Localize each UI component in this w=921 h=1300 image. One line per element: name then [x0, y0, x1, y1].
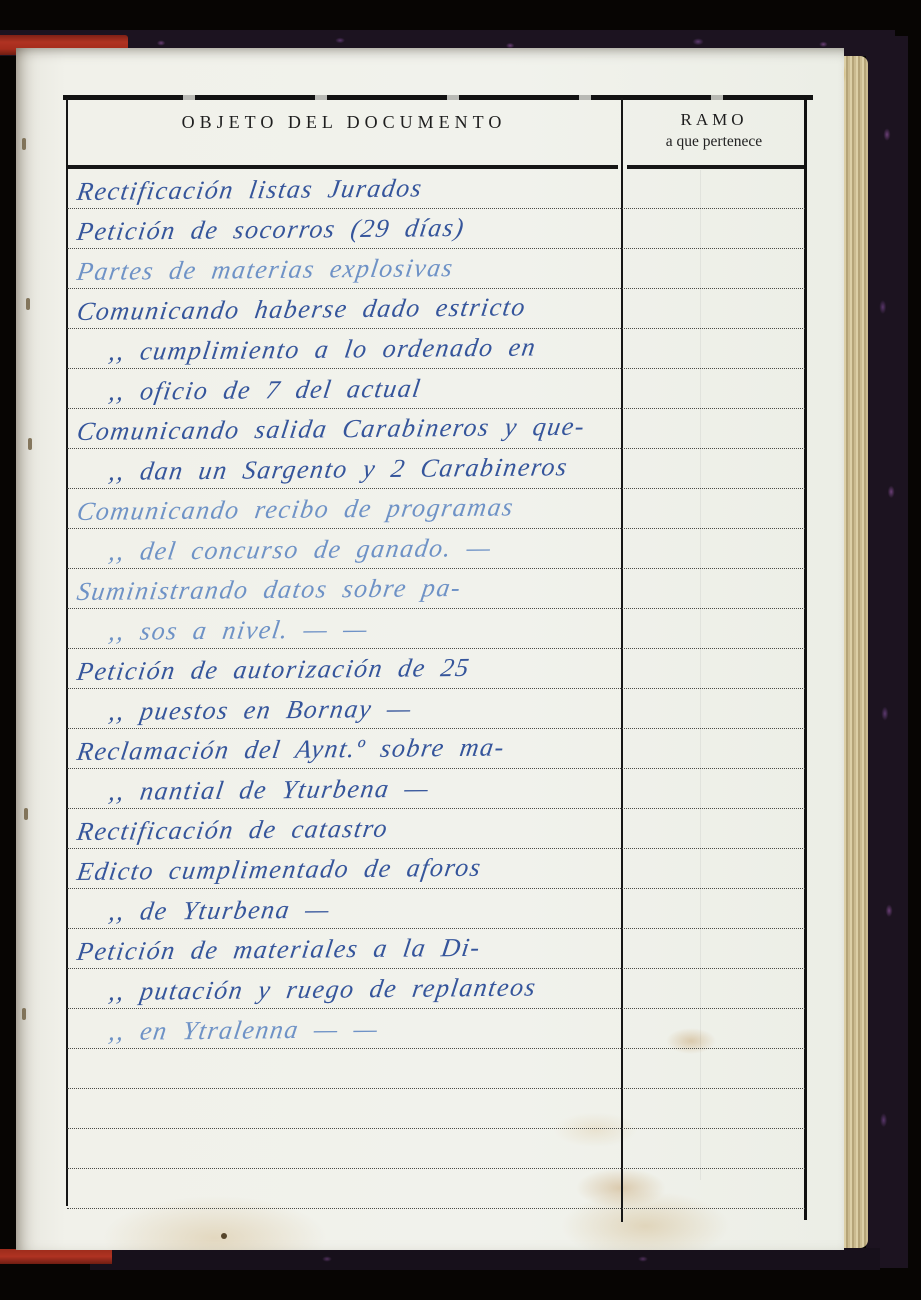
entry-text: Petición de autorización de 25 [75, 653, 472, 687]
entry-text: ,, puestos en Bornay — [107, 694, 414, 727]
ledger-row: ,, de Yturbena — [67, 889, 805, 929]
ledger-row [67, 1129, 805, 1169]
ledger-row: Comunicando salida Carabineros y que- [67, 409, 805, 449]
column-header-objeto: OBJETO DEL DOCUMENTO [67, 112, 621, 133]
ledger-row: Petición de materiales a la Di- [67, 929, 805, 969]
spine-red-band-bottom [0, 1249, 112, 1264]
ledger-row: ,, cumplimiento a lo ordenado en [67, 329, 805, 369]
ledger-row: Comunicando recibo de programas [67, 489, 805, 529]
ledger-row: Reclamación del Aynt.º sobre ma- [67, 729, 805, 769]
ledger-row: Petición de socorros (29 días) [67, 209, 805, 249]
ledger-row: ,, en Ytralenna — — [67, 1009, 805, 1049]
entry-text: Edicto cumplimentado de aforos [75, 853, 484, 887]
entry-text: Petición de materiales a la Di- [75, 933, 483, 967]
binding-stitch [26, 298, 30, 310]
column-header-ramo: RAMO [622, 110, 806, 130]
binding-stitch [22, 1008, 26, 1020]
scanned-register-photo: OBJETO DEL DOCUMENTO RAMO a que pertenec… [0, 0, 921, 1300]
entry-text: ,, nantial de Yturbena — [107, 774, 432, 807]
entry-text: ,, sos a nivel. — — [107, 614, 370, 647]
ledger-row: Edicto cumplimentado de aforos [67, 849, 805, 889]
book-cover-bottom-edge [90, 1248, 880, 1270]
entry-text: ,, del concurso de ganado. — [107, 533, 494, 567]
entry-text: Partes de materias explosivas [75, 253, 456, 287]
ledger-row: Comunicando haberse dado estricto [67, 289, 805, 329]
book-cover-right-edge [866, 36, 908, 1268]
ledger-row: ,, sos a nivel. — — [67, 609, 805, 649]
entry-text: ,, cumplimiento a lo ordenado en [107, 333, 539, 367]
ledger-row: ,, putación y ruego de replanteos [67, 969, 805, 1009]
entry-text: Suministrando datos sobre pa- [75, 573, 464, 607]
binding-stitch [24, 808, 28, 820]
ledger-row: Suministrando datos sobre pa- [67, 569, 805, 609]
column-header-ramo-subtitle: a que pertenece [622, 133, 806, 151]
ledger-row: Petición de autorización de 25 [67, 649, 805, 689]
entry-text: ,, de Yturbena — [107, 895, 332, 927]
ledger-row: ,, oficio de 7 del actual [67, 369, 805, 409]
entry-text: Reclamación del Aynt.º sobre ma- [75, 733, 507, 767]
ledger-row [67, 1049, 805, 1089]
ledger-row [67, 1089, 805, 1129]
ledger-rows: Rectificación listas JuradosPetición de … [67, 169, 805, 1209]
entry-text: ,, en Ytralenna — — [107, 1014, 381, 1047]
binding-stitch [22, 138, 26, 150]
entry-text: ,, dan un Sargento y 2 Carabineros [107, 452, 570, 487]
table-top-border [63, 95, 813, 100]
entry-text: ,, oficio de 7 del actual [107, 374, 423, 407]
ledger-row: Rectificación de catastro [67, 809, 805, 849]
entry-text: Comunicando salida Carabineros y que- [75, 412, 587, 447]
entry-text: Rectificación de catastro [75, 814, 390, 847]
entry-text: Comunicando recibo de programas [75, 492, 516, 527]
ledger-row: ,, del concurso de ganado. — [67, 529, 805, 569]
ledger-row: ,, dan un Sargento y 2 Carabineros [67, 449, 805, 489]
ledger-row: ,, nantial de Yturbena — [67, 769, 805, 809]
entry-text: Comunicando haberse dado estricto [75, 292, 528, 327]
entry-text: Rectificación listas Jurados [75, 173, 425, 207]
entry-text: Petición de socorros (29 días) [75, 213, 467, 247]
binding-stitch [28, 438, 32, 450]
entry-text: ,, putación y ruego de replanteos [107, 973, 539, 1007]
ledger-row [67, 1169, 805, 1209]
ledger-row: Partes de materias explosivas [67, 249, 805, 289]
ink-stain [221, 1233, 227, 1239]
ledger-row: ,, puestos en Bornay — [67, 689, 805, 729]
ledger-row: Rectificación listas Jurados [67, 169, 805, 209]
